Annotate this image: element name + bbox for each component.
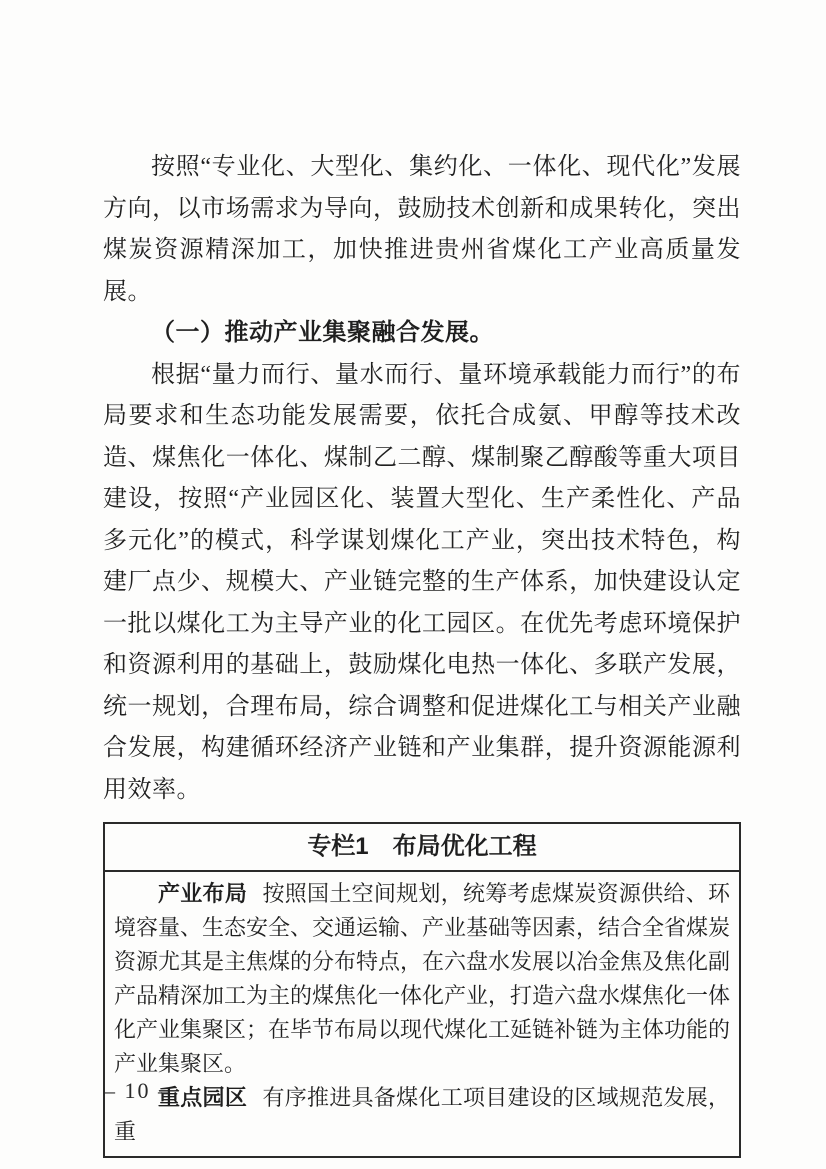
paragraph-intro: 按照“专业化、大型化、集约化、一体化、现代化”发展方向，以市场需求为导向，鼓励技… <box>103 147 741 313</box>
box-paragraph-key-parks: 重点园区有序推进具备煤化工项目建设的区域规范发展，重 <box>114 1081 730 1149</box>
feature-box-title: 专栏1 布局优化工程 <box>105 824 739 872</box>
document-body: 按照“专业化、大型化、集约化、一体化、现代化”发展方向，以市场需求为导向，鼓励技… <box>103 147 741 1158</box>
section-heading: （一）推动产业集聚融合发展。 <box>103 313 741 355</box>
box-paragraph-label: 重点园区 <box>158 1085 247 1110</box>
feature-box-column1: 专栏1 布局优化工程 产业布局按照国土空间规划，统筹考虑煤炭资源供给、环境容量、… <box>103 822 741 1158</box>
box-paragraph-label: 产业布局 <box>158 881 247 906</box>
paragraph-layout-requirements: 根据“量力而行、量水而行、量环境承载能力而行”的布局要求和生态功能发展需要，依托… <box>103 355 741 812</box>
page-number: – 10 – <box>104 1078 171 1104</box>
box-paragraph-industry-layout: 产业布局按照国土空间规划，统筹考虑煤炭资源供给、环境容量、生态安全、交通运输、产… <box>114 877 730 1081</box>
feature-box-body: 产业布局按照国土空间规划，统筹考虑煤炭资源供给、环境容量、生态安全、交通运输、产… <box>105 872 739 1156</box>
box-paragraph-text: 按照国土空间规划，统筹考虑煤炭资源供给、环境容量、生态安全、交通运输、产业基础等… <box>114 881 730 1076</box>
document-page: 按照“专业化、大型化、集约化、一体化、现代化”发展方向，以市场需求为导向，鼓励技… <box>0 0 826 1169</box>
